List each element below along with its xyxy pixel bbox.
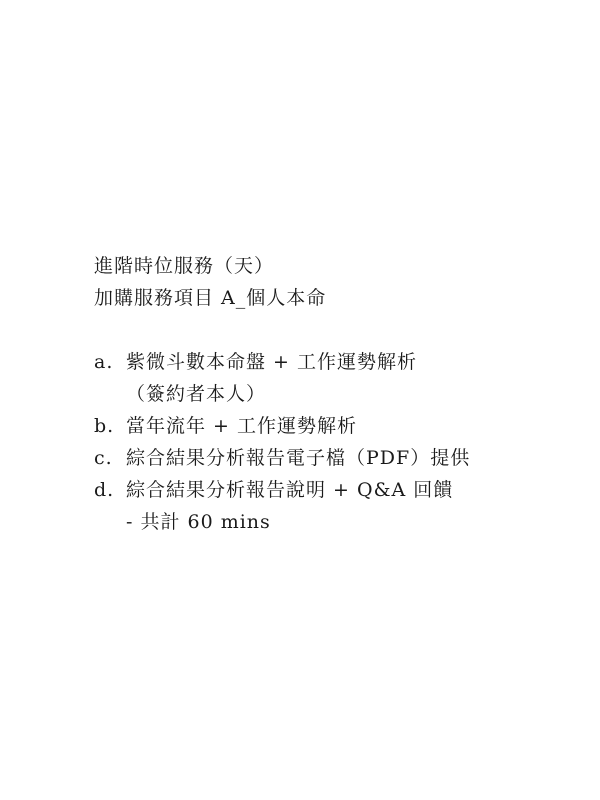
list-item-d-continuation: - 共計 60 mins (94, 506, 470, 538)
list-marker: b. (94, 410, 126, 442)
list-item-text: 當年流年 + 工作運勢解析 (126, 410, 357, 442)
list-item-a: a. 紫微斗數本命盤 + 工作運勢解析 (94, 346, 470, 378)
list-item-text: 綜合結果分析報告說明 + Q&A 回饋 (126, 474, 453, 506)
list-marker: c. (94, 442, 126, 474)
list-marker: d. (94, 474, 126, 506)
list-item-b: b. 當年流年 + 工作運勢解析 (94, 410, 470, 442)
list-item-text: 綜合結果分析報告電子檔（PDF）提供 (126, 442, 470, 474)
document-title: 進階時位服務（天） (94, 250, 470, 282)
list-item-text: 紫微斗數本命盤 + 工作運勢解析 (126, 346, 417, 378)
list-marker: a. (94, 346, 126, 378)
document-subtitle: 加購服務項目 A_個人本命 (94, 282, 470, 314)
list-item-a-continuation: （簽約者本人） (94, 378, 470, 410)
list-item-d: d. 綜合結果分析報告說明 + Q&A 回饋 (94, 474, 470, 506)
list-item-c: c. 綜合結果分析報告電子檔（PDF）提供 (94, 442, 470, 474)
document-body: 進階時位服務（天） 加購服務項目 A_個人本命 a. 紫微斗數本命盤 + 工作運… (94, 250, 470, 538)
blank-line (94, 314, 470, 346)
